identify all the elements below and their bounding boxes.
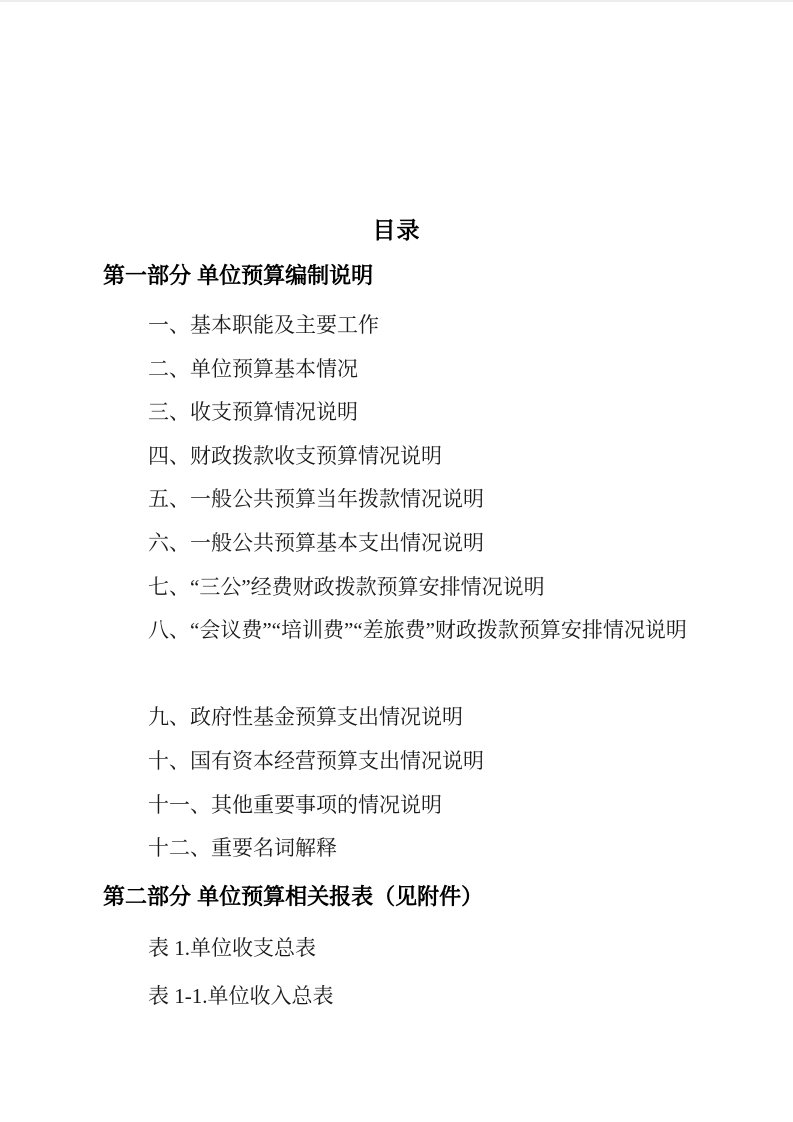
toc-item-7: 七、“三公”经费财政拨款预算安排情况说明 xyxy=(148,565,545,609)
page-top-edge xyxy=(0,0,793,2)
report-table-item-1: 表 1.单位收支总表 xyxy=(148,926,316,970)
document-page: 目录 第一部分 单位预算编制说明 一、基本职能及主要工作 二、单位预算基本情况 … xyxy=(0,0,793,1122)
toc-item-3: 三、收支预算情况说明 xyxy=(148,390,358,434)
toc-item-5: 五、一般公共预算当年拨款情况说明 xyxy=(148,477,484,521)
report-table-item-2: 表 1-1.单位收入总表 xyxy=(148,974,334,1018)
toc-item-12: 十二、重要名词解释 xyxy=(148,826,337,870)
part2-heading: 第二部分 单位预算相关报表（见附件） xyxy=(103,875,483,919)
toc-title: 目录 xyxy=(0,208,793,252)
toc-item-1: 一、基本职能及主要工作 xyxy=(148,303,379,347)
toc-item-8: 八、“会议费”“培训费”“差旅费”财政拨款预算安排情况说明 xyxy=(212,608,706,652)
toc-item-10: 十、国有资本经营预算支出情况说明 xyxy=(148,739,484,783)
toc-item-4: 四、财政拨款收支预算情况说明 xyxy=(148,434,442,478)
toc-item-6: 六、一般公共预算基本支出情况说明 xyxy=(148,521,484,565)
toc-item-2: 二、单位预算基本情况 xyxy=(148,347,358,391)
part1-heading: 第一部分 单位预算编制说明 xyxy=(103,254,373,298)
toc-item-9: 九、政府性基金预算支出情况说明 xyxy=(148,695,463,739)
toc-item-11: 十一、其他重要事项的情况说明 xyxy=(148,783,442,827)
